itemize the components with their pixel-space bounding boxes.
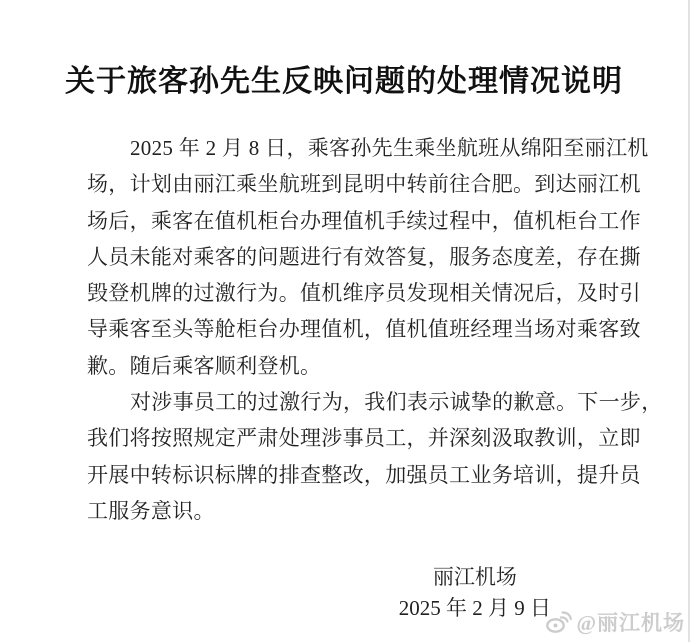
signature-block: 丽江机场 2025 年 2 月 9 日 (399, 562, 551, 624)
weibo-icon (545, 610, 572, 634)
signature-date: 2025 年 2 月 9 日 (399, 593, 551, 624)
document-line: 开展中转标识标牌的排查整改，加强员工业务培训，提升员 (87, 457, 601, 493)
statement-document: 关于旅客孙先生反映问题的处理情况说明 2025 年 2 月 8 日，乘客孙先生乘… (0, 0, 690, 642)
document-line: 人员未能对乘客的问题进行有效答复，服务态度差，存在撕 (87, 239, 601, 275)
document-line: 场，计划由丽江乘坐航班到昆明中转前往合肥。到达丽江机 (87, 166, 601, 202)
document-title: 关于旅客孙先生反映问题的处理情况说明 (0, 56, 688, 100)
document-line: 2025 年 2 月 8 日，乘客孙先生乘坐航班从绵阳至丽江机 (87, 130, 601, 166)
document-line: 歉。随后乘客顺利登机。 (87, 348, 601, 384)
document-line: 场后，乘客在值机柜台办理值机手续过程中，值机柜台工作 (87, 203, 601, 239)
signature-issuer: 丽江机场 (399, 562, 551, 593)
document-line: 毁登机牌的过激行为。值机维序员发现相关情况后，及时引 (87, 275, 601, 311)
weibo-watermark: @丽江机场 (545, 607, 685, 637)
document-line: 对涉事员工的过激行为，我们表示诚挚的歉意。下一步， (87, 384, 601, 420)
document-body: 2025 年 2 月 8 日，乘客孙先生乘坐航班从绵阳至丽江机场，计划由丽江乘坐… (87, 130, 601, 529)
document-line: 导乘客至头等舱柜台办理值机，值机值班经理当场对乘客致 (87, 311, 601, 347)
watermark-text: @丽江机场 (576, 607, 685, 637)
document-line: 工服务意识。 (87, 493, 601, 529)
document-line: 我们将按照规定严肃处理涉事员工，并深刻汲取教训，立即 (87, 420, 601, 456)
